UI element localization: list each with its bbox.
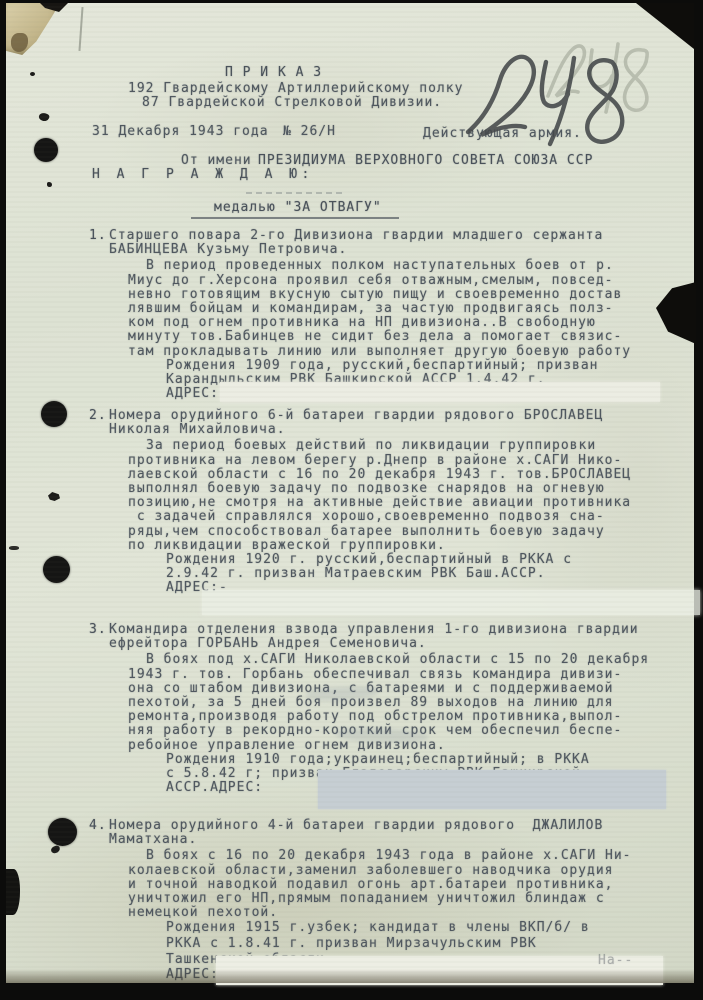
entry-body-line: выполнял боевую задачу по подвозке снаря… <box>89 482 689 496</box>
entry-number: 4. <box>89 819 107 833</box>
order-number: № 26/Н <box>283 125 336 139</box>
order-title: П Р И К А З <box>225 66 322 80</box>
medal-underline <box>191 217 399 219</box>
army-note: Действующая армия. <box>423 127 582 141</box>
entry-body-line: В боях с 16 по 20 декабря 1943 года в ра… <box>89 849 689 863</box>
entry-body-line: с задачей справлялся хорошо,своевременно… <box>89 510 689 524</box>
bottom-edge-shadow <box>6 969 694 983</box>
entry-body-line: там прокладывать линию или выполняет дру… <box>89 345 689 359</box>
entry-number: 2. <box>89 409 107 423</box>
entry-body-line: минуту тов.Бабинцев не сидит без дела а … <box>89 330 689 344</box>
edge-blotch <box>6 869 20 915</box>
entry-intro-line: Николая Михайловича. <box>89 423 689 437</box>
scanned-order-page: П Р И К А З 192 Гвардейскому Артиллерийс… <box>0 0 703 1000</box>
entry-intro-line: БАБИНЦЕВА Кузьму Петровича. <box>89 243 689 257</box>
punch-hole <box>41 401 67 427</box>
entry-intro-line: Маматхана. <box>89 833 689 847</box>
entry-intro-line: Старшего повара 2-го Дивизиона гвардии м… <box>89 229 689 243</box>
entry-number: 1. <box>89 229 107 243</box>
entry-body-line: В боях под х.САГИ Николаевской области с… <box>89 653 689 667</box>
punch-hole <box>34 138 58 162</box>
edge-mark <box>9 546 19 550</box>
ink-speck <box>47 182 52 187</box>
entry-bio-line: Рождения 1910 года;украинец;беспартийный… <box>89 753 689 767</box>
paper-crease <box>78 7 83 51</box>
award-verb: Н А Г Р А Ж Д А Ю: <box>92 168 314 182</box>
ink-speck <box>38 111 50 122</box>
entry-bio-line: РККА с 1.8.41 г. призван Мирзачульским Р… <box>89 936 689 952</box>
entry-bio-line: Рождения 1915 г.узбек; кандидат в члены … <box>89 920 689 936</box>
entry-body-line: противника на левом берегу р.Днепр в рай… <box>89 454 689 468</box>
entry-body-line: За период боевых действий по ликвидации … <box>89 439 689 453</box>
entry-body-line: 1943 г. тов. Горбань обеспечивал связь к… <box>89 668 689 682</box>
award-entry-1: 1.Старшего повара 2-го Дивизиона гвардии… <box>89 229 689 401</box>
entry-bio-line: Рождения 1909 года, русский,беспартийный… <box>89 359 689 373</box>
ink-speck <box>50 845 61 854</box>
redaction-block-entry2 <box>202 590 700 615</box>
medal-line: медалью "ЗА ОТВАГУ" <box>214 201 382 215</box>
addressee-division: 87 Гвардейской Стрелковой Дивизии. <box>142 96 442 110</box>
entry-body-line: колаевской области,заменил заболевшего н… <box>89 864 689 878</box>
entry-intro-line: Номера орудийного 4-й батареи гвардии ря… <box>89 819 689 833</box>
entry-bio-line: Рождения 1920 г. русский,беспартийный в … <box>89 553 689 567</box>
entry-body-line: уничтожил его НП,прямым попаданием уничт… <box>89 892 689 906</box>
entry-bio-line: 2.9.42 г. призван Матраевским РВК Баш.АС… <box>89 567 689 581</box>
entry-body-line: лаевской области с 16 по 20 декабря 1943… <box>89 468 689 482</box>
redaction-block-entry1 <box>220 382 660 402</box>
redaction-block-entry3 <box>318 770 666 809</box>
faint-footnote-text: На-- <box>598 954 633 968</box>
document-paper: П Р И К А З 192 Гвардейскому Артиллерийс… <box>6 3 694 983</box>
faded-dashed-rule <box>246 192 342 194</box>
entry-body-line: В период проведенных полком наступательн… <box>89 259 689 273</box>
award-entry-2: 2.Номера орудийного 6-й батареи гвардии … <box>89 409 689 595</box>
torn-corner-top-right <box>636 3 694 49</box>
entry-body-line: лявшим бойцам и командирам, за частую пр… <box>89 302 689 316</box>
order-date: 31 Декабря 1943 года <box>92 125 269 139</box>
entry-body-line: невно готовящим вкусную сытую пищу и сво… <box>89 288 689 302</box>
entry-body-line: ряды,чем способствовал батарее выполнить… <box>89 525 689 539</box>
entry-body-line: по ликвидации вражеской группировки. <box>89 539 689 553</box>
entry-body-line: она со штабом дивизиона, с батареями и с… <box>89 682 689 696</box>
punch-hole <box>43 556 70 583</box>
entry-body-line: Миус до г.Херсона проявил себя отважным,… <box>89 274 689 288</box>
paper-tear-mark <box>48 492 60 501</box>
entry-body-line: немецкой пехотой. <box>89 906 689 920</box>
entry-body-line: и точной наводкой подавил огонь арт.бата… <box>89 878 689 892</box>
entry-intro-line: ефрейтора ГОРБАНЬ Андрея Семеновича. <box>89 637 689 651</box>
punch-hole <box>48 818 77 846</box>
entry-number: 3. <box>89 623 107 637</box>
ink-speck <box>30 72 35 76</box>
entry-body-line: пехотой, за 5 дней боя произвел 89 выход… <box>89 696 689 710</box>
